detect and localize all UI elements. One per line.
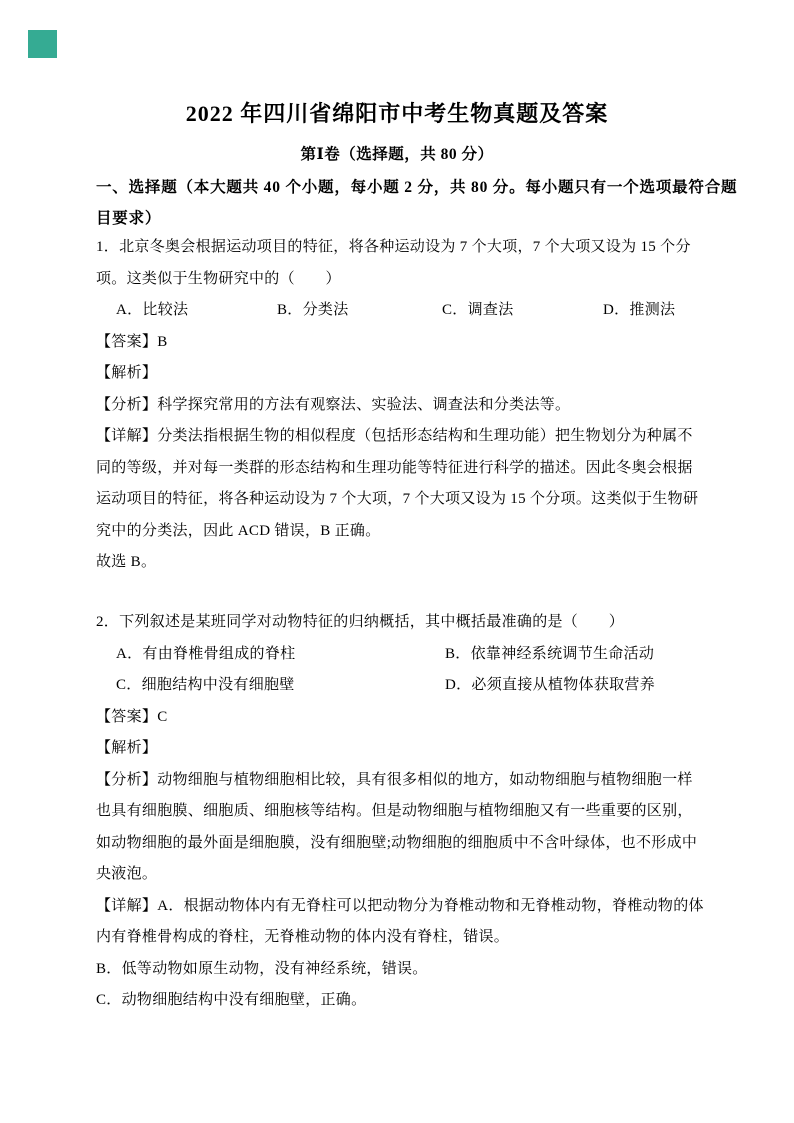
question-2-explanation-line-5: 央液泡。: [96, 857, 794, 889]
question-gap-spacer: [0, 577, 794, 606]
exam-document-page: 2022 年四川省绵阳市中考生物真题及答案 第Ⅰ卷（选择题，共 80 分） 一、…: [0, 0, 794, 1123]
question-2-explanation-line-2: 【分析】动物细胞与植物细胞相比较，具有很多相似的地方，如动物细胞与植物细胞一样: [96, 763, 794, 795]
question-2-explanation-line-6: 【详解】A．根据动物体内有无脊柱可以把动物分为脊椎动物和无脊椎动物，脊椎动物的体: [96, 889, 794, 921]
question-2-options-row-2: C．细胞结构中没有细胞壁D．必须直接从植物体获取营养: [96, 668, 794, 700]
question-2-explanation-line-7: 内有脊椎骨构成的脊柱，无脊椎动物的体内没有脊柱，错误。: [96, 920, 794, 952]
logo-mark: [28, 30, 57, 58]
question-2-option-C: C．细胞结构中没有细胞壁: [116, 668, 295, 700]
question-1-option-C: C．调查法: [442, 293, 514, 325]
question-1-explanation-line-2: 【分析】科学探究常用的方法有观察法、实验法、调查法和分类法等。: [96, 388, 794, 420]
question-2-option-B: B．依靠神经系统调节生命活动: [445, 637, 654, 669]
question-2-explanation-line-8: B．低等动物如原生动物，没有神经系统，错误。: [96, 952, 794, 984]
question-2-option-D: D．必须直接从植物体获取营养: [445, 668, 655, 700]
question-1-explanation-line-5: 运动项目的特征，将各种运动设为 7 个大项，7 个大项又设为 15 个分项。这类…: [96, 482, 794, 514]
questions-container: 1．北京冬奥会根据运动项目的特征，将各种运动设为 7 个大项，7 个大项又设为 …: [0, 230, 794, 1015]
question-2-answer: 【答案】C: [96, 700, 794, 732]
question-1-option-D: D．推测法: [603, 293, 675, 325]
question-2-option-A: A．有由脊椎骨组成的脊柱: [116, 637, 295, 669]
question-2-explanation-line-9: C．动物细胞结构中没有细胞壁，正确。: [96, 983, 794, 1015]
page-title: 2022 年四川省绵阳市中考生物真题及答案: [0, 0, 794, 128]
section-heading-line-1: 一、选择题（本大题共 40 个小题，每小题 2 分，共 80 分。每小题只有一个…: [96, 177, 794, 199]
question-1-explanation-line-3: 【详解】分类法指根据生物的相似程度（包括形态结构和生理功能）把生物划分为种属不: [96, 419, 794, 451]
question-1-option-A: A．比较法: [116, 293, 188, 325]
question-1-explanation-line-6: 究中的分类法，因此 ACD 错误，B 正确。: [96, 514, 794, 546]
section-heading-line-2: 目要求）: [96, 208, 794, 230]
question-1-option-B: B．分类法: [277, 293, 349, 325]
question-1-answer: 【答案】B: [96, 325, 794, 357]
volume-header: 第Ⅰ卷（选择题，共 80 分）: [0, 145, 794, 165]
question-2-explanation-line-3: 也具有细胞膜、细胞质、细胞核等结构。但是动物细胞与植物细胞又有一些重要的区别，: [96, 794, 794, 826]
question-2-explanation-line-1: 【解析】: [96, 731, 794, 763]
question-1-stem-line-2: 项。这类似于生物研究中的（ ）: [96, 262, 794, 294]
question-1-explanation-line-1: 【解析】: [96, 356, 794, 388]
question-1-options-row-1: A．比较法B．分类法C．调查法D．推测法: [96, 293, 794, 325]
question-2-explanation-line-4: 如动物细胞的最外面是细胞膜，没有细胞壁;动物细胞的细胞质中不含叶绿体，也不形成中: [96, 826, 794, 858]
question-1-explanation-line-4: 同的等级，并对每一类群的形态结构和生理功能等特征进行科学的描述。因此冬奥会根据: [96, 451, 794, 483]
question-1-explanation-line-7: 故选 B。: [96, 545, 794, 577]
question-2-options-row-1: A．有由脊椎骨组成的脊柱B．依靠神经系统调节生命活动: [96, 637, 794, 669]
question-2-stem-line-1: 2．下列叙述是某班同学对动物特征的归纳概括，其中概括最准确的是（ ）: [96, 605, 794, 637]
question-1-stem-line-1: 1．北京冬奥会根据运动项目的特征，将各种运动设为 7 个大项，7 个大项又设为 …: [96, 230, 794, 262]
